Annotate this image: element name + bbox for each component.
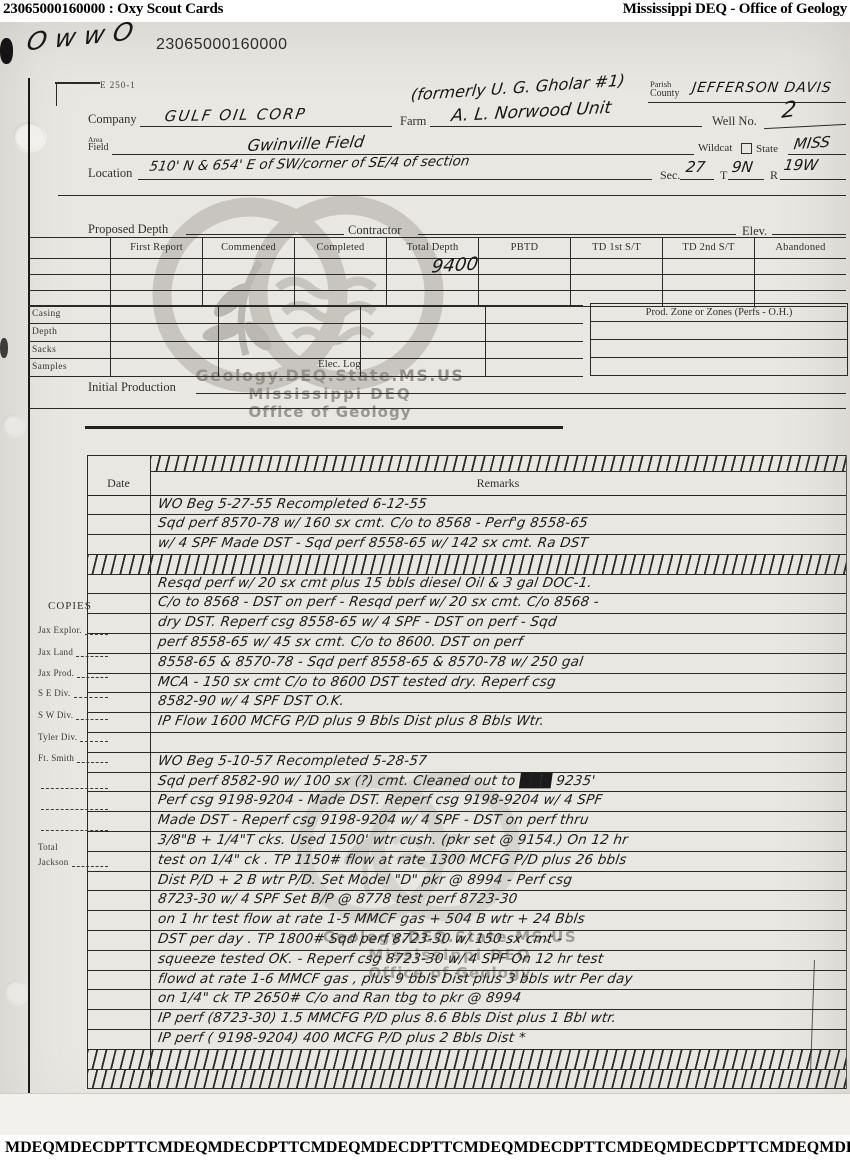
depth-cell — [294, 275, 386, 290]
casing-row-sacks: Sacks — [28, 342, 583, 360]
casing-row-label: Depth — [28, 324, 110, 341]
casing-cell — [218, 306, 360, 323]
field-label: Field — [88, 144, 109, 152]
copies-item-label: S E Div. — [38, 688, 71, 698]
remarks-row: Resqd perf w/ 20 sx cmt plus 15 bbls die… — [87, 575, 846, 595]
dotted-line — [41, 800, 108, 810]
dotted-line — [80, 732, 108, 742]
remarks-handwriting: Dist P/D + 2 B wtr P/D. Set Model "D" pk… — [157, 872, 573, 888]
remarks-right-border — [846, 455, 847, 1089]
remarks-handwriting: 8582-90 w/ 4 SPF DST O.K. — [157, 693, 345, 709]
remarks-row: MCA - 150 sx cmt C/o to 8600 DST tested … — [87, 674, 846, 694]
footer-tag: PTTC — [574, 1139, 617, 1157]
remarks-handwriting: test on 1/4" ck . TP 1150# flow at rate … — [157, 852, 628, 868]
depth-cell — [294, 259, 386, 274]
footer-tag: MDEQ — [464, 1139, 514, 1157]
location-label: Location — [88, 166, 132, 181]
depth-cell — [110, 275, 202, 290]
township-value: 9N — [731, 158, 754, 176]
proposed-depth-label: Proposed Depth — [88, 222, 168, 237]
remarks-header-row: Date Remarks — [87, 472, 846, 496]
remarks-row: on 1 hr test flow at rate 1-5 MMCF gas +… — [87, 911, 846, 931]
scout-card-scan: Geology.DEQ.State.MS.US Mississippi DEQ … — [0, 22, 850, 1135]
form-line — [764, 124, 846, 129]
remarks-handwriting: WO Beg 5-10-57 Recompleted 5-28-57 — [157, 753, 428, 769]
remarks-row: 8582-90 w/ 4 SPF DST O.K. — [87, 693, 846, 713]
viewer-title-left: 23065000160000 : Oxy Scout Cards — [3, 1, 223, 18]
casing-row-label: Sacks — [28, 342, 110, 359]
copies-item-jackson: Jackson — [38, 857, 108, 867]
remarks-handwriting: Resqd perf w/ 20 sx cmt plus 15 bbls die… — [157, 575, 593, 591]
depth-cell — [202, 259, 294, 274]
dotted-line — [76, 647, 108, 657]
state-value: MISS — [792, 133, 831, 153]
copies-item-total: Total — [38, 842, 108, 852]
prod-zone-label: Prod. Zone or Zones (Perfs - O.H.) — [646, 307, 793, 318]
remarks-handwriting: Sqd perf 8570-78 w/ 160 sx cmt. C/o to 8… — [157, 515, 589, 531]
casing-cell — [485, 324, 583, 341]
footer-tag: PTTC — [268, 1139, 311, 1157]
casing-cell — [110, 342, 218, 359]
county-label: County — [650, 89, 679, 98]
depth-cell — [294, 291, 386, 306]
remarks-handwriting: DST per day . TP 1800# Sqd perf 8723-30 … — [157, 931, 563, 947]
dotted-line — [41, 821, 108, 831]
remarks-handwriting: 8723-30 w/ 4 SPF Set B/P @ 8778 test per… — [157, 891, 519, 907]
remarks-row: on 1/4" ck TP 2650# C/o and Ran tbg to p… — [87, 990, 846, 1010]
casing-cell — [110, 306, 218, 323]
page-bottom-edge — [0, 1093, 850, 1136]
depth-cell — [662, 275, 754, 290]
form-code: E 250-1 — [100, 80, 136, 90]
remarks-empty-row — [87, 733, 846, 753]
remarks-row: w/ 4 SPF Made DST - Sqd perf 8558-65 w/ … — [87, 535, 846, 555]
remarks-row: flowd at rate 1-6 MMCF gas , plus 9 bbls… — [87, 971, 846, 991]
remarks-header: Remarks — [150, 472, 846, 494]
remarks-row: WO Beg 5-10-57 Recompleted 5-28-57 — [87, 753, 846, 773]
form-line — [680, 179, 714, 180]
field-value: Gwinville Field — [246, 132, 365, 155]
depth-col-pbtd: PBTD — [478, 238, 570, 258]
remarks-row: Sqd perf 8570-78 w/ 160 sx cmt. C/o to 8… — [87, 515, 846, 535]
wildcat-checkbox — [741, 143, 752, 154]
copies-title: COPIES — [48, 600, 92, 612]
form-line — [780, 179, 846, 180]
dotted-line — [85, 625, 108, 635]
casing-cell — [110, 324, 218, 341]
depth-cell — [478, 259, 570, 274]
footer-tag: MDEQ — [311, 1139, 361, 1157]
company-value: GULF OIL CORP — [163, 105, 308, 125]
form-line — [28, 408, 846, 409]
remarks-row: IP perf ( 9198-9204) 400 MCFG P/D plus 2… — [87, 1030, 846, 1050]
depth-cell — [202, 275, 294, 290]
date-header: Date — [87, 472, 150, 494]
range-value: 19W — [783, 156, 819, 174]
contractor-label: Contractor — [348, 223, 401, 238]
prod-zone-row — [591, 340, 847, 358]
footer-tags: MDEQMDECDPTTCMDEQMDECDPTTCMDEQMDECDPTTCM… — [0, 1135, 850, 1160]
prod-zone-row — [591, 358, 847, 376]
depth-cell — [110, 259, 202, 274]
casing-cell — [360, 306, 485, 323]
remarks-row: IP perf (8723-30) 1.5 MMCFG P/D plus 8.6… — [87, 1010, 846, 1030]
handwritten-scribble: O w w O — [25, 17, 135, 57]
remarks-rows: WO Beg 5-27-55 Recompleted 6-12-55Sqd pe… — [87, 496, 846, 1090]
remarks-separator-hatch — [87, 555, 846, 575]
footer-tag: PTTC — [421, 1139, 464, 1157]
sec-label: Sec. — [660, 168, 680, 183]
depth-cell — [386, 291, 478, 306]
remarks-handwriting: WO Beg 5-27-55 Recompleted 6-12-55 — [157, 496, 428, 512]
copies-item-s-e-div-: S E Div. — [38, 688, 108, 698]
remarks-row: perf 8558-65 w/ 45 sx cmt. C/o to 8600. … — [87, 634, 846, 654]
copies-item-s-w-div-: S W Div. — [38, 710, 108, 720]
dotted-line — [77, 753, 108, 763]
area-field-label: Area Field — [88, 136, 109, 152]
footer-tag: PTTC — [727, 1139, 770, 1157]
copies-item-blank — [38, 800, 108, 810]
viewer-title-right: Mississippi DEQ - Office of Geology — [623, 1, 847, 18]
depth-cell — [110, 291, 202, 306]
corner-mark — [56, 82, 57, 106]
casing-row-depth: Depth — [28, 324, 583, 342]
depth-cell — [202, 291, 294, 306]
copies-item-label: Ft. Smith — [38, 753, 74, 763]
copies-item-tyler-div-: Tyler Div. — [38, 732, 108, 742]
remarks-row: squeeze tested OK. - Reperf csg 8723-30 … — [87, 951, 846, 971]
remarks-top-line — [87, 455, 150, 456]
remarks-handwriting: w/ 4 SPF Made DST - Sqd perf 8558-65 w/ … — [157, 535, 589, 551]
remarks-row: test on 1/4" ck . TP 1150# flow at rate … — [87, 852, 846, 872]
remarks-handwriting: IP perf (8723-30) 1.5 MMCFG P/D plus 8.6… — [157, 1010, 617, 1026]
watermark-office: Office of Geology — [150, 403, 510, 421]
hole-punch — [4, 980, 28, 1004]
form-line — [140, 126, 392, 127]
depth-cell — [570, 259, 662, 274]
farm-value: A. L. Norwood Unit — [450, 98, 612, 126]
casing-row-casing: Casing — [28, 306, 583, 324]
prod-zone-box: Prod. Zone or Zones (Perfs - O.H.) — [590, 303, 848, 376]
remarks-handwriting: 3/8"B + 1/4"T cks. Used 1500' wtr cush. … — [157, 832, 629, 848]
form-line — [418, 234, 736, 235]
remarks-handwriting: on 1 hr test flow at rate 1-5 MMCF gas +… — [157, 911, 586, 927]
footer-tag: MDECD — [55, 1139, 115, 1157]
copies-item-label: Jax Explor. — [38, 625, 82, 635]
remarks-handwriting: IP Flow 1600 MCFG P/D plus 9 Bbls Dist p… — [157, 713, 545, 729]
copies-item-label: Jackson — [38, 857, 69, 867]
form-line — [788, 154, 846, 155]
remarks-row: DST per day . TP 1800# Sqd perf 8723-30 … — [87, 931, 846, 951]
copies-item-label: Jax Prod. — [38, 668, 74, 678]
casing-cell — [218, 342, 360, 359]
form-line — [196, 393, 846, 394]
footer-tag: MDEQ — [617, 1139, 667, 1157]
parish-county-label: Parish County — [650, 80, 679, 98]
dotted-line — [76, 710, 108, 720]
footer-tag: MDEQ — [5, 1139, 55, 1157]
depth-cell — [478, 291, 570, 306]
form-line — [138, 179, 652, 180]
footer-tag: MDEQ — [158, 1139, 208, 1157]
remarks-handwriting: perf 8558-65 w/ 45 sx cmt. C/o to 8600. … — [157, 634, 524, 650]
remarks-row: WO Beg 5-27-55 Recompleted 6-12-55 — [87, 496, 846, 516]
remarks-separator-hatch — [87, 1070, 846, 1090]
depth-col-td-2nd-s-t: TD 2nd S/T — [662, 238, 754, 258]
copies-item-label: S W Div. — [38, 710, 73, 720]
remarks-handwriting: on 1/4" ck TP 2650# C/o and Ran tbg to p… — [157, 990, 522, 1006]
copies-item-blank — [38, 821, 108, 831]
form-line — [58, 195, 846, 196]
sec-value: 27 — [685, 158, 707, 176]
footer-tag: MDECD — [208, 1139, 268, 1157]
copies-item-jax-land: Jax Land — [38, 647, 108, 657]
footer-tag: MDECD — [666, 1139, 726, 1157]
copies-item-blank — [38, 779, 108, 789]
remarks-handwriting: MCA - 150 sx cmt C/o to 8600 DST tested … — [157, 674, 557, 690]
depth-cell — [478, 275, 570, 290]
copies-item-label: Tyler Div. — [38, 732, 77, 742]
copies-item-label: Total — [38, 842, 58, 852]
form-line — [728, 179, 764, 180]
footer-tag: MDECD — [361, 1139, 421, 1157]
remarks-row: C/o to 8568 - DST on perf - Resqd perf w… — [87, 594, 846, 614]
copies-item-ft-smith: Ft. Smith — [38, 753, 108, 763]
copies-item-jax-prod-: Jax Prod. — [38, 668, 108, 678]
depth-col-completed: Completed — [294, 238, 386, 258]
casing-row-samples: Samples — [28, 359, 583, 377]
depth-col-abandoned: Abandoned — [754, 238, 846, 258]
remarks-handwriting: squeeze tested OK. - Reperf csg 8723-30 … — [157, 951, 604, 967]
initial-production-label: Initial Production — [88, 380, 176, 395]
hole-punch — [2, 414, 24, 436]
remarks-row: dry DST. Reperf csg 8558-65 w/ 4 SPF - D… — [87, 614, 846, 634]
remarks-row: Made DST - Reperf csg 9198-9204 w/ 4 SPF… — [87, 812, 846, 832]
casing-cell — [485, 306, 583, 323]
casing-cell — [360, 324, 485, 341]
remarks-row: Sqd perf 8582-90 w/ 100 sx (?) cmt. Clea… — [87, 773, 846, 793]
corner-mark — [55, 82, 100, 84]
footer-tag: PTTC — [115, 1139, 158, 1157]
footer-tag: MDECD — [819, 1139, 850, 1157]
remarks-row: 8558-65 & 8570-78 - Sqd perf 8558-65 & 8… — [87, 654, 846, 674]
form-line — [772, 234, 846, 235]
state-label: State — [756, 143, 778, 155]
remarks-left-border — [87, 455, 88, 1089]
casing-cell — [485, 342, 583, 359]
dotted-line — [72, 857, 108, 867]
casing-cell — [218, 324, 360, 341]
casing-cell — [485, 359, 583, 376]
depth-cell — [662, 259, 754, 274]
card-left-border — [28, 78, 30, 1100]
remarks-top-hatch — [150, 455, 846, 472]
location-value: 510' N & 654' E of SW/corner of SE/4 of … — [148, 153, 471, 175]
form-line — [430, 126, 702, 127]
depth-col-first-report: First Report — [110, 238, 202, 258]
copies-item-label: Jax Land — [38, 647, 73, 657]
form-line — [186, 234, 344, 235]
well-no-label: Well No. — [712, 114, 757, 129]
depth-col-td-1st-s-t: TD 1st S/T — [570, 238, 662, 258]
remarks-separator-hatch — [87, 1050, 846, 1070]
parish-county-value: JEFFERSON DAVIS — [691, 80, 833, 96]
remarks-handwriting: flowd at rate 1-6 MMCF gas , plus 9 bbls… — [157, 971, 634, 987]
remarks-handwriting: IP perf ( 9198-9204) 400 MCFG P/D plus 2… — [157, 1030, 527, 1046]
dotted-line — [74, 688, 108, 698]
casing-table: CasingDepthSacksSamples — [28, 305, 583, 377]
depth-cell — [754, 275, 846, 290]
watermark-agency: Mississippi DEQ — [150, 385, 510, 403]
total-depth-value: 9400 — [430, 253, 479, 277]
casing-cell — [360, 359, 485, 376]
doc-number: 23065000160000 — [156, 36, 288, 54]
dotted-line — [41, 779, 108, 789]
remarks-handwriting: 8558-65 & 8570-78 - Sqd perf 8558-65 & 8… — [157, 654, 584, 670]
remarks-row: 8723-30 w/ 4 SPF Set B/P @ 8778 test per… — [87, 891, 846, 911]
scan-artifact — [0, 338, 8, 358]
prod-zone-row — [591, 322, 847, 340]
date-column-divider — [150, 455, 151, 1089]
form-line — [85, 426, 563, 429]
remarks-handwriting: Made DST - Reperf csg 9198-9204 w/ 4 SPF… — [157, 812, 590, 828]
depth-cell — [754, 259, 846, 274]
casing-cell — [360, 342, 485, 359]
township-label: T — [720, 168, 727, 183]
casing-row-label: Samples — [28, 359, 110, 376]
well-no-value: 2 — [780, 97, 797, 124]
remarks-row: 3/8"B + 1/4"T cks. Used 1500' wtr cush. … — [87, 832, 846, 852]
depth-row — [28, 275, 846, 291]
casing-row-label: Casing — [28, 306, 110, 323]
dotted-line — [77, 668, 108, 678]
depth-col-commenced: Commenced — [202, 238, 294, 258]
scan-artifact — [0, 38, 13, 64]
remarks-row: Perf csg 9198-9204 - Made DST. Reperf cs… — [87, 792, 846, 812]
remarks-handwriting: Perf csg 9198-9204 - Made DST. Reperf cs… — [157, 792, 604, 808]
remarks-handwriting: dry DST. Reperf csg 8558-65 w/ 4 SPF - D… — [157, 614, 558, 630]
elec-log-label: Elec. Log — [318, 358, 361, 370]
wildcat-label: Wildcat — [698, 142, 732, 154]
copies-item-jax-explor-: Jax Explor. — [38, 625, 108, 635]
remarks-row: IP Flow 1600 MCFG P/D plus 9 Bbls Dist p… — [87, 713, 846, 733]
remarks-handwriting: Sqd perf 8582-90 w/ 100 sx (?) cmt. Clea… — [157, 773, 596, 789]
company-label: Company — [88, 112, 137, 127]
prod-zone-title-row: Prod. Zone or Zones (Perfs - O.H.) — [591, 304, 847, 322]
farm-label: Farm — [400, 114, 426, 129]
remarks-handwriting: C/o to 8568 - DST on perf - Resqd perf w… — [157, 594, 600, 610]
footer-tag: MDEQ — [769, 1139, 819, 1157]
casing-cell — [110, 359, 218, 376]
depth-cell — [570, 275, 662, 290]
form-line — [648, 102, 846, 103]
range-label: R — [770, 168, 778, 183]
footer-tag: MDECD — [513, 1139, 573, 1157]
remarks-row: Dist P/D + 2 B wtr P/D. Set Model "D" pk… — [87, 872, 846, 892]
